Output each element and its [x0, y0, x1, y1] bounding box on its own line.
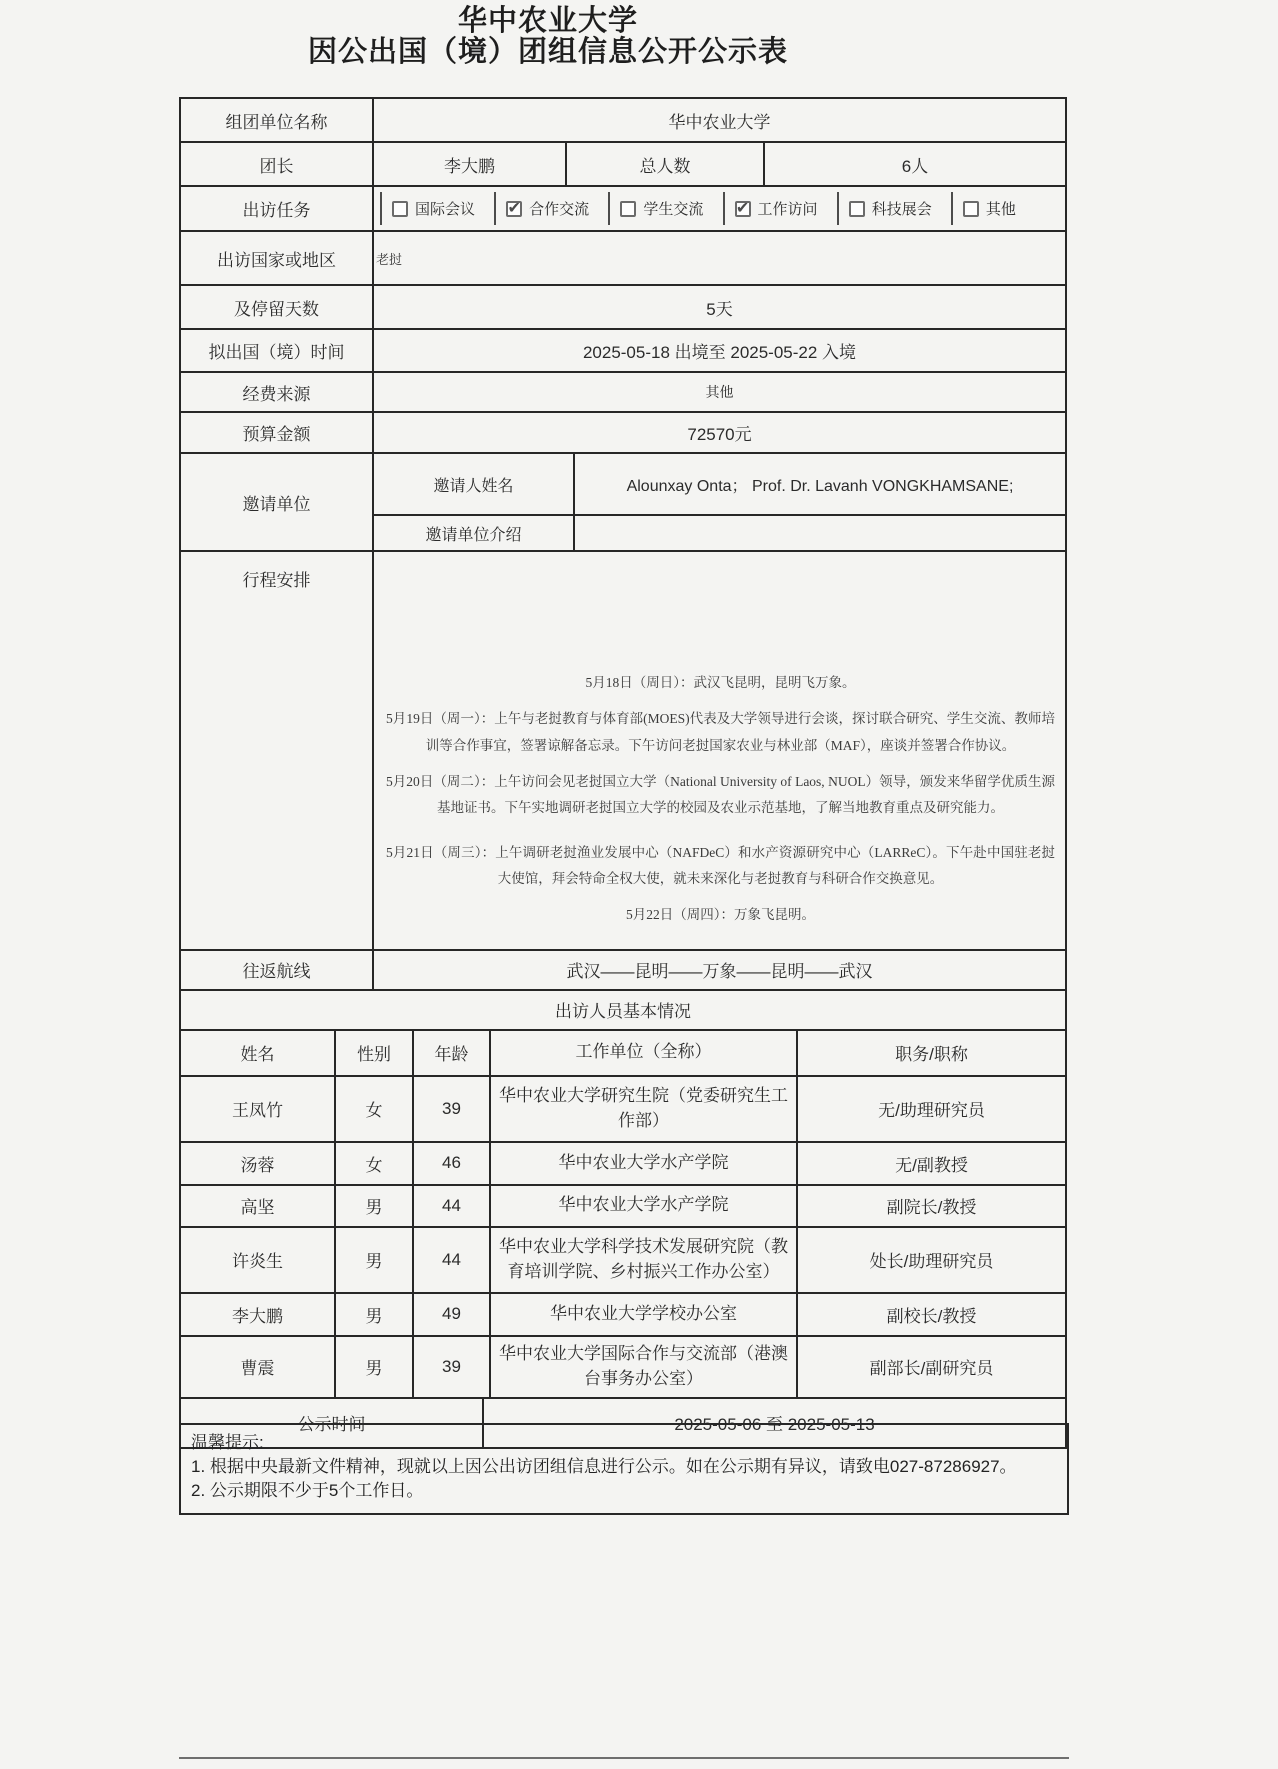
notes-box: 温馨提示: 1. 根据中央最新文件精神，现就以上因公出访团组信息进行公示。如在公…	[179, 1423, 1069, 1515]
personnel-header-row: 姓名 性别 年龄 工作单位（全称） 职务/职称	[181, 1031, 1065, 1077]
disclosure-form-table: 组团单位名称 华中农业大学 团长 李大鹏 总人数 6人 出访任务 国际会议 ✔ …	[179, 97, 1067, 1449]
total-count-value: 6人	[765, 143, 1065, 185]
page-title: 华中农业大学 因公出国（境）团组信息公开公示表	[0, 6, 1096, 68]
inviter-intro-value	[575, 516, 1065, 550]
inviter-name-label: 邀请人姓名	[374, 454, 575, 514]
form-row-funding: 经费来源 其他	[181, 373, 1065, 413]
person-name: 王凤竹	[181, 1077, 336, 1141]
country-label: 出访国家或地区	[181, 232, 374, 284]
person-unit: 华中农业大学学校办公室	[491, 1294, 798, 1335]
personnel-row: 李大鹏 男 49 华中农业大学学校办公室 副校长/教授	[181, 1294, 1065, 1337]
checkbox-label: 国际会议	[415, 198, 475, 219]
checkbox-cooperation-exchange[interactable]: ✔	[506, 201, 522, 217]
person-age: 44	[414, 1186, 491, 1226]
person-name: 高坚	[181, 1186, 336, 1226]
col-header-title: 职务/职称	[798, 1031, 1065, 1075]
mission-label: 出访任务	[181, 187, 374, 230]
funding-value: 其他	[374, 373, 1065, 411]
days-label: 及停留天数	[181, 286, 374, 328]
col-header-gender: 性别	[336, 1031, 414, 1075]
mission-option-work-visit: ✔ 工作访问	[723, 192, 837, 225]
inviter-subtable: 邀请人姓名 Alounxay Onta； Prof. Dr. Lavanh VO…	[374, 454, 1065, 550]
checkbox-other[interactable]	[963, 201, 979, 217]
itinerary-day4: 5月21日（周三）：上午调研老挝渔业发展中心（NAFDeC）和水产资源研究中心（…	[386, 840, 1055, 893]
form-row-itinerary: 行程安排 5月18日（周日）：武汉飞昆明，昆明飞万象。 5月19日（周一）：上午…	[181, 552, 1065, 951]
person-name: 曹震	[181, 1337, 336, 1397]
page-title-line1: 华中农业大学	[0, 6, 1096, 37]
person-age: 39	[414, 1077, 491, 1141]
person-title: 无/副教授	[798, 1143, 1065, 1184]
form-row-mission: 出访任务 国际会议 ✔ 合作交流 学生交流 ✔ 工作访问 科技展会	[181, 187, 1065, 232]
notes-item-2: 2. 公示期限不少于5个工作日。	[191, 1479, 1057, 1503]
notes-title: 温馨提示:	[191, 1431, 1057, 1455]
checkbox-work-visit[interactable]: ✔	[735, 201, 751, 217]
funding-label: 经费来源	[181, 373, 374, 411]
personnel-row: 高坚 男 44 华中农业大学水产学院 副院长/教授	[181, 1186, 1065, 1228]
budget-value: 72570元	[374, 413, 1065, 452]
days-value: 5天	[374, 286, 1065, 328]
person-gender: 男	[336, 1228, 414, 1292]
route-label: 往返航线	[181, 951, 374, 989]
page-title-line2: 因公出国（境）团组信息公开公示表	[0, 37, 1096, 68]
person-gender: 女	[336, 1143, 414, 1184]
inviter-intro-row: 邀请单位介绍	[374, 516, 1065, 550]
route-value: 武汉——昆明——万象——昆明——武汉	[374, 951, 1065, 989]
country-value: 老挝	[374, 232, 1065, 284]
person-unit: 华中农业大学研究生院（党委研究生工作部）	[491, 1077, 798, 1141]
personnel-row: 曹震 男 39 华中农业大学国际合作与交流部（港澳台事务办公室） 副部长/副研究…	[181, 1337, 1065, 1399]
person-unit: 华中农业大学科学技术发展研究院（教育培训学院、乡村振兴工作办公室）	[491, 1228, 798, 1292]
person-gender: 女	[336, 1077, 414, 1141]
itinerary-content: 5月18日（周日）：武汉飞昆明，昆明飞万象。 5月19日（周一）：上午与老挝教育…	[374, 552, 1065, 949]
budget-label: 预算金额	[181, 413, 374, 452]
person-gender: 男	[336, 1337, 414, 1397]
person-gender: 男	[336, 1186, 414, 1226]
person-unit: 华中农业大学水产学院	[491, 1186, 798, 1226]
itinerary-day5: 5月22日（周四）：万象飞昆明。	[386, 902, 1055, 928]
itinerary-day1: 5月18日（周日）：武汉飞昆明，昆明飞万象。	[386, 670, 1055, 696]
person-title: 副院长/教授	[798, 1186, 1065, 1226]
person-age: 39	[414, 1337, 491, 1397]
form-row-budget: 预算金额 72570元	[181, 413, 1065, 454]
person-age: 49	[414, 1294, 491, 1335]
personnel-section-row: 出访人员基本情况	[181, 991, 1065, 1031]
form-row-inviter: 邀请单位 邀请人姓名 Alounxay Onta； Prof. Dr. Lava…	[181, 454, 1065, 552]
person-title: 副部长/副研究员	[798, 1337, 1065, 1397]
form-row-days: 及停留天数 5天	[181, 286, 1065, 330]
checkbox-student-exchange[interactable]	[620, 201, 636, 217]
person-title: 副校长/教授	[798, 1294, 1065, 1335]
personnel-section-title: 出访人员基本情况	[181, 991, 1065, 1029]
personnel-row: 许炎生 男 44 华中农业大学科学技术发展研究院（教育培训学院、乡村振兴工作办公…	[181, 1228, 1065, 1294]
col-header-age: 年龄	[414, 1031, 491, 1075]
mission-option-other: 其他	[951, 192, 1065, 225]
inviter-name-value: Alounxay Onta； Prof. Dr. Lavanh VONGKHAM…	[575, 454, 1065, 514]
person-title: 无/助理研究员	[798, 1077, 1065, 1141]
next-page-edge-line	[179, 1757, 1069, 1759]
form-row-country: 出访国家或地区 老挝	[181, 232, 1065, 286]
personnel-row: 汤蓉 女 46 华中农业大学水产学院 无/副教授	[181, 1143, 1065, 1186]
checkbox-label: 工作访问	[758, 198, 818, 219]
leader-label: 团长	[181, 143, 374, 185]
person-unit: 华中农业大学国际合作与交流部（港澳台事务办公室）	[491, 1337, 798, 1397]
checkbox-label: 科技展会	[872, 198, 932, 219]
form-row-time: 拟出国（境）时间 2025-05-18 出境至 2025-05-22 入境	[181, 330, 1065, 373]
group-unit-label: 组团单位名称	[181, 99, 374, 141]
leader-value: 李大鹏	[374, 143, 567, 185]
personnel-row: 王凤竹 女 39 华中农业大学研究生院（党委研究生工作部） 无/助理研究员	[181, 1077, 1065, 1143]
checkbox-label: 学生交流	[643, 198, 703, 219]
mission-options: 国际会议 ✔ 合作交流 学生交流 ✔ 工作访问 科技展会 其他	[374, 187, 1065, 230]
form-row-group-unit: 组团单位名称 华中农业大学	[181, 99, 1065, 143]
form-row-leader: 团长 李大鹏 总人数 6人	[181, 143, 1065, 187]
time-value: 2025-05-18 出境至 2025-05-22 入境	[374, 330, 1065, 371]
inviter-name-row: 邀请人姓名 Alounxay Onta； Prof. Dr. Lavanh VO…	[374, 454, 1065, 516]
person-name: 汤蓉	[181, 1143, 336, 1184]
person-name: 李大鹏	[181, 1294, 336, 1335]
mission-option-international-conference: 国际会议	[380, 192, 494, 225]
total-count-label: 总人数	[567, 143, 765, 185]
person-name: 许炎生	[181, 1228, 336, 1292]
itinerary-label: 行程安排	[181, 552, 374, 949]
mission-option-tech-expo: 科技展会	[837, 192, 951, 225]
checkbox-label: 其他	[986, 198, 1016, 219]
checkbox-international-conference[interactable]	[392, 201, 408, 217]
time-label: 拟出国（境）时间	[181, 330, 374, 371]
person-age: 44	[414, 1228, 491, 1292]
inviter-label: 邀请单位	[181, 454, 374, 550]
itinerary-day3: 5月20日（周二）：上午访问会见老挝国立大学（National Universi…	[386, 769, 1055, 822]
itinerary-day2: 5月19日（周一）：上午与老挝教育与体育部(MOES)代表及大学领导进行会谈，探…	[386, 706, 1055, 759]
group-unit-value: 华中农业大学	[374, 99, 1065, 141]
mission-option-student-exchange: 学生交流	[608, 192, 722, 225]
person-gender: 男	[336, 1294, 414, 1335]
mission-option-cooperation-exchange: ✔ 合作交流	[494, 192, 608, 225]
person-age: 46	[414, 1143, 491, 1184]
notes-item-1: 1. 根据中央最新文件精神，现就以上因公出访团组信息进行公示。如在公示期有异议，…	[191, 1455, 1057, 1479]
person-unit: 华中农业大学水产学院	[491, 1143, 798, 1184]
form-row-route: 往返航线 武汉——昆明——万象——昆明——武汉	[181, 951, 1065, 991]
col-header-unit: 工作单位（全称）	[491, 1031, 798, 1075]
checkbox-tech-expo[interactable]	[849, 201, 865, 217]
inviter-intro-label: 邀请单位介绍	[374, 516, 575, 550]
col-header-name: 姓名	[181, 1031, 336, 1075]
person-title: 处长/助理研究员	[798, 1228, 1065, 1292]
checkbox-label: 合作交流	[529, 198, 589, 219]
